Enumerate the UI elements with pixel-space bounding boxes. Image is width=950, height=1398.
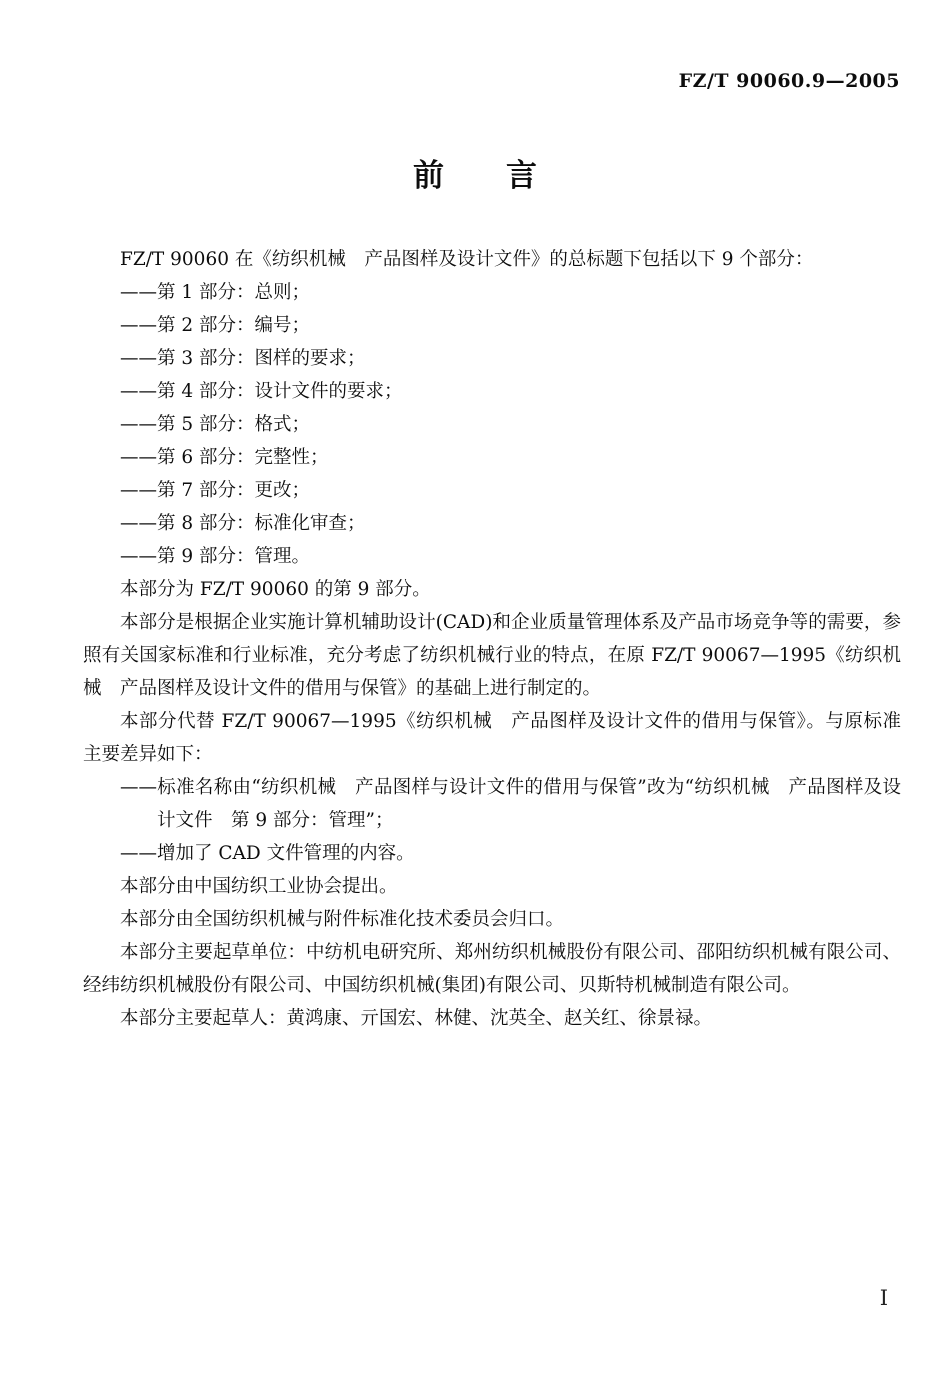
foreword-part-item: ——第 6 部分：完整性； [83, 441, 901, 474]
paragraph: 本部分主要起草人：黄鸿康、亓国宏、林健、沈英全、赵关红、徐景禄。 [83, 1002, 901, 1035]
paragraph: 本部分由全国纺织机械与附件标准化技术委员会归口。 [83, 903, 901, 936]
difference-item: ——标准名称由“纺织机械 产品图样与设计文件的借用与保管”改为“纺织机械 产品图… [83, 771, 901, 837]
paragraph: 本部分由中国纺织工业协会提出。 [83, 870, 901, 903]
foreword-body: FZ/T 90060 在《纺织机械 产品图样及设计文件》的总标题下包括以下 9 … [83, 243, 901, 1035]
doc-number: FZ/T 90060.9—2005 [0, 70, 900, 92]
foreword-part-item: ——第 5 部分：格式； [83, 408, 901, 441]
paragraph: 本部分代替 FZ/T 90067—1995《纺织机械 产品图样及设计文件的借用与… [83, 705, 901, 771]
foreword-part-item: ——第 4 部分：设计文件的要求； [83, 375, 901, 408]
foreword-part-item: ——第 3 部分：图样的要求； [83, 342, 901, 375]
page-title: 前 言 [0, 150, 950, 195]
paragraph: 本部分主要起草单位：中纺机电研究所、郑州纺织机械股份有限公司、邵阳纺织机械有限公… [83, 936, 901, 1002]
foreword-part-item: ——第 7 部分：更改； [83, 474, 901, 507]
foreword-part-item: ——第 1 部分：总则； [83, 276, 901, 309]
foreword-part-item: ——第 2 部分：编号； [83, 309, 901, 342]
paragraph: 本部分是根据企业实施计算机辅助设计(CAD)和企业质量管理体系及产品市场竞争等的… [83, 606, 901, 705]
document-page: FZ/T 90060.9—2005 前 言 FZ/T 90060 在《纺织机械 … [0, 0, 950, 1398]
foreword-part-item: ——第 9 部分：管理。 [83, 540, 901, 573]
difference-item: ——增加了 CAD 文件管理的内容。 [83, 837, 901, 870]
paragraph: 本部分为 FZ/T 90060 的第 9 部分。 [83, 573, 901, 606]
foreword-part-item: ——第 8 部分：标准化审查； [83, 507, 901, 540]
intro-paragraph: FZ/T 90060 在《纺织机械 产品图样及设计文件》的总标题下包括以下 9 … [83, 243, 901, 276]
page-number: I [880, 1286, 888, 1310]
